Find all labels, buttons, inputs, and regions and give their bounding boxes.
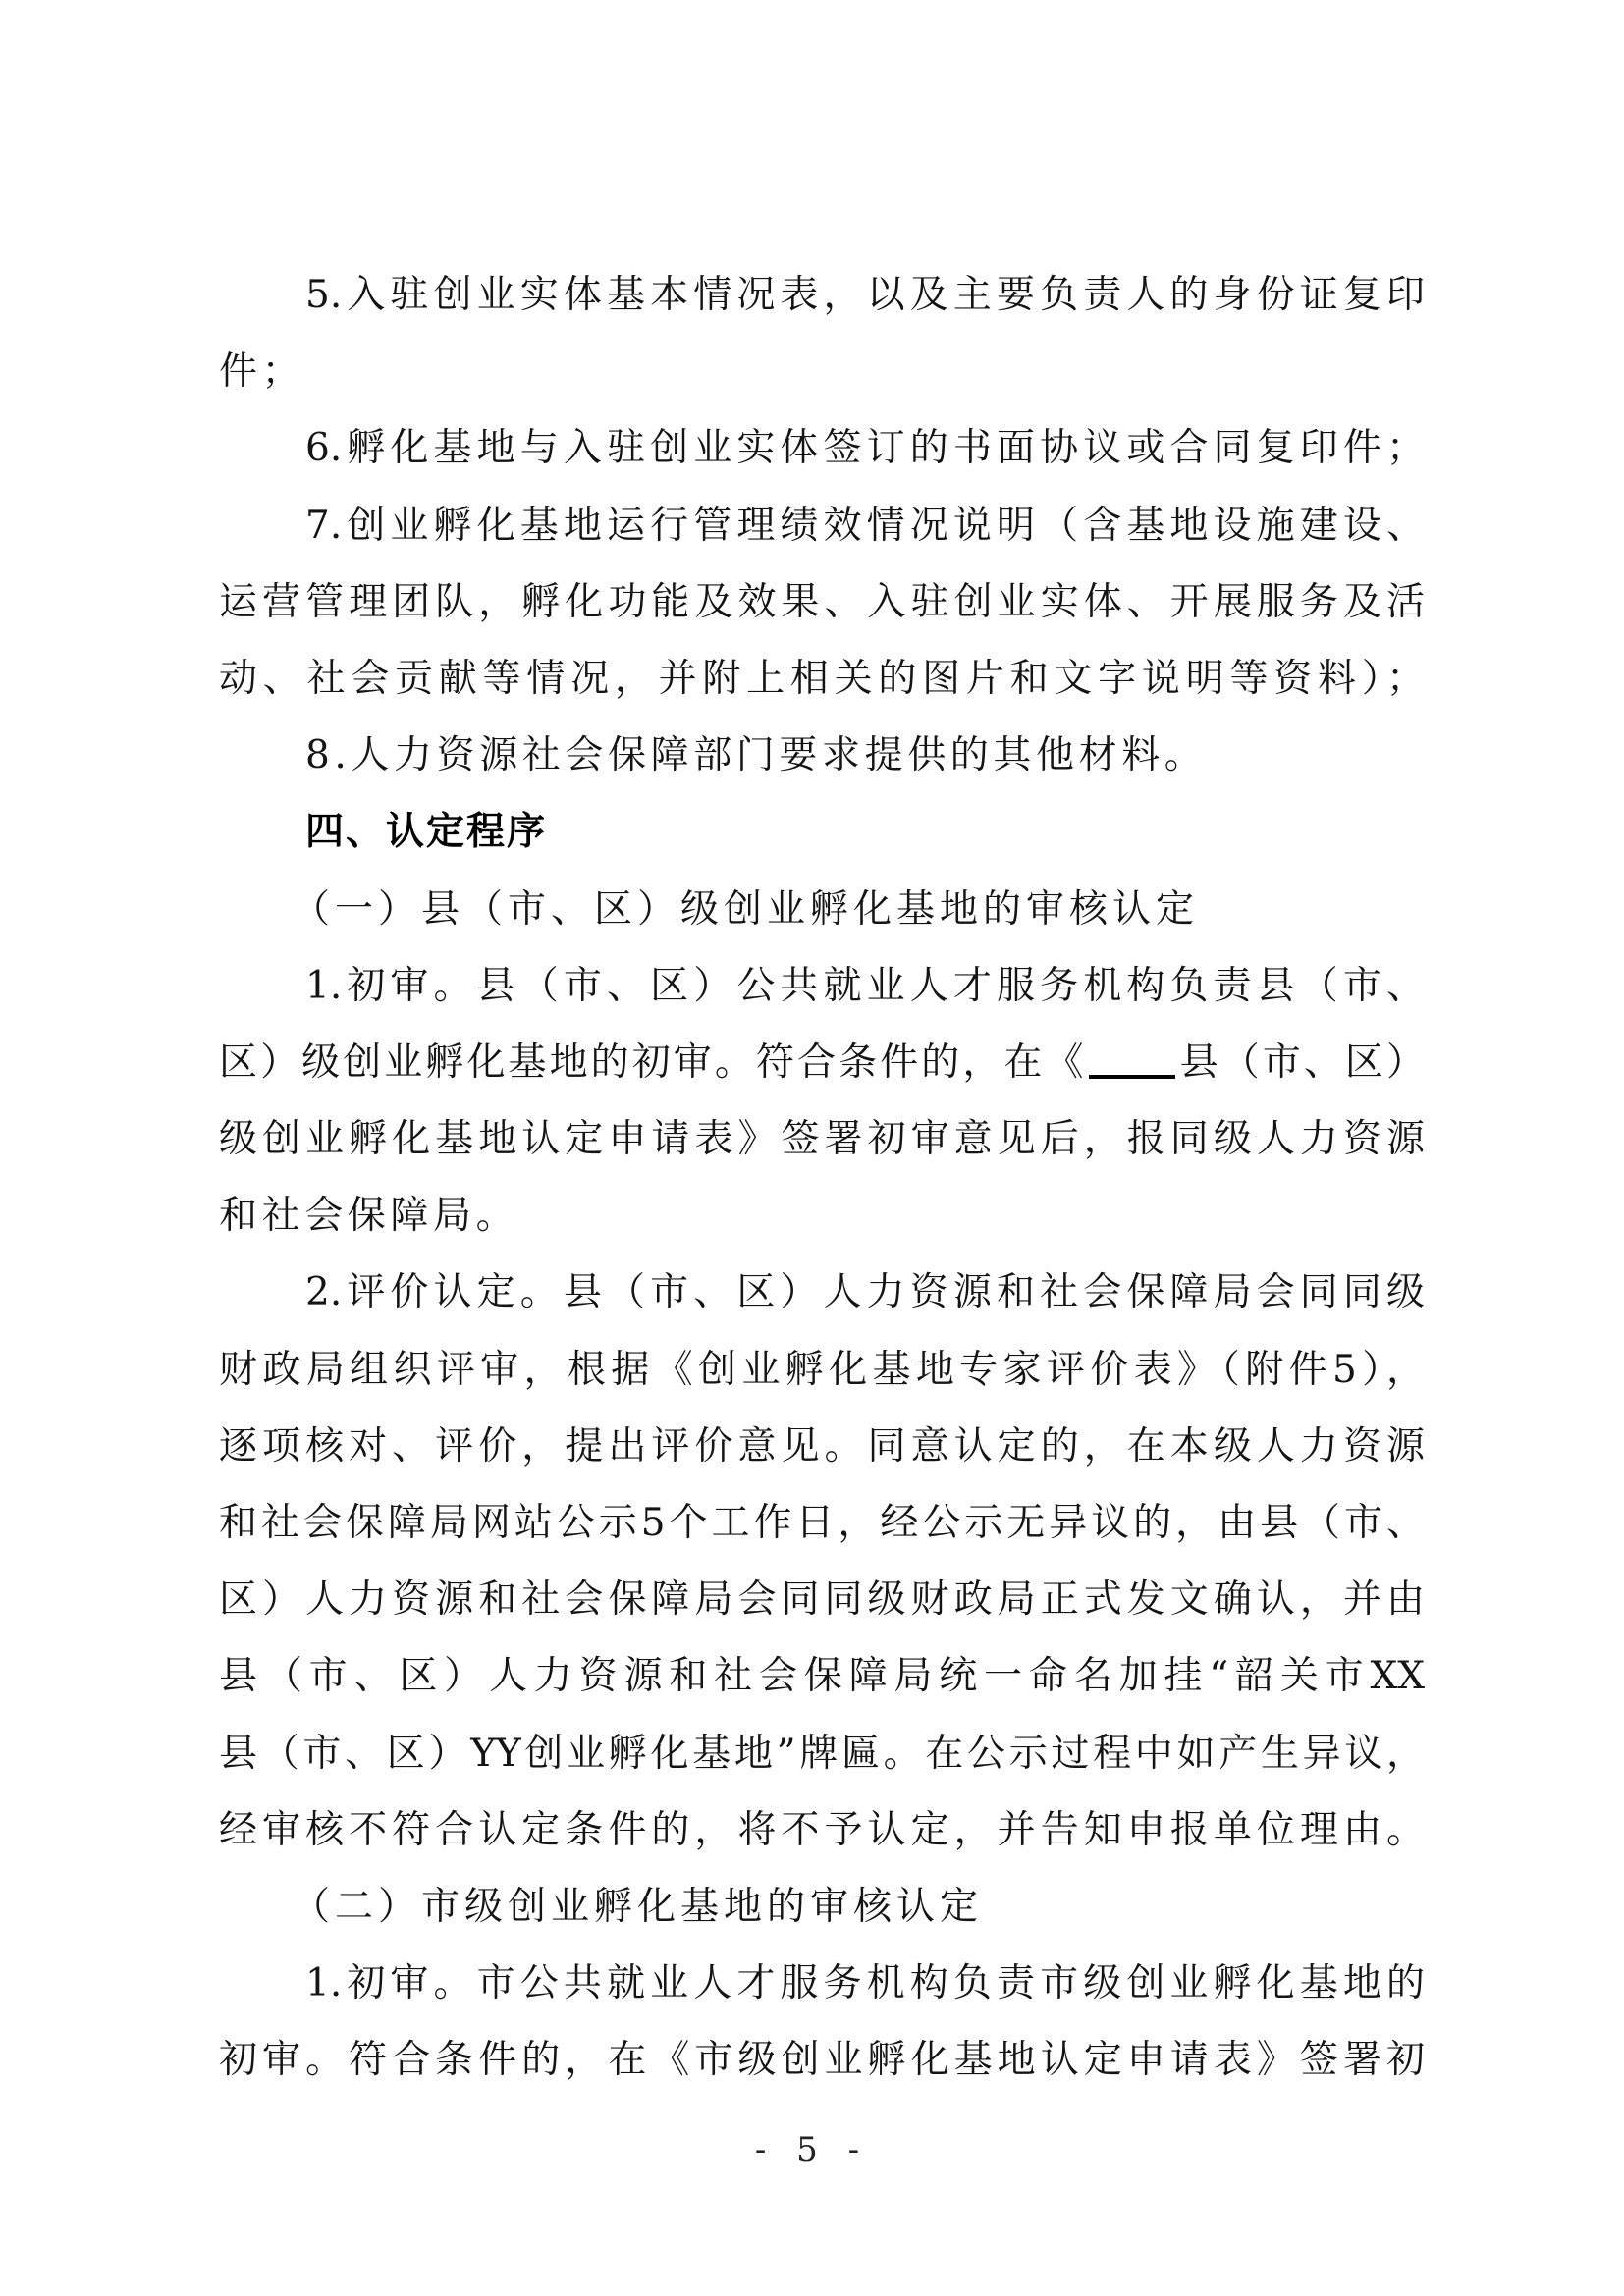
subsection-heading-city: （二）市级创业孵化基地的审核认定 [219, 1869, 1425, 1946]
paragraph-city-initial-review-continuation: 初审。符合条件的，在《市级创业孵化基地认定申请表》签署初 [219, 2022, 1425, 2099]
paragraph-evaluation-continuation: 财政局组织评审，根据《创业孵化基地专家评价表》（附件5）， [219, 1332, 1425, 1409]
paragraph-evaluation-continuation: 经审核不符合认定条件的，将不予认定，并告知申报单位理由。 [219, 1792, 1425, 1869]
list-item-8: 8.人力资源社会保障部门要求提供的其他材料。 [219, 718, 1425, 794]
paragraph-city-initial-review: 1.初审。市公共就业人才服务机构负责市级创业孵化基地的 [219, 1946, 1425, 2022]
text-segment: 县（市、区） [1177, 1041, 1425, 1085]
list-item-6: 6.孵化基地与入驻创业实体签订的书面协议或合同复印件； [219, 410, 1425, 487]
list-item-7-continuation: 动、社会贡献等情况，并附上相关的图片和文字说明等资料）； [219, 641, 1425, 718]
paragraph-initial-review-continuation: 级创业孵化基地认定申请表》签署初审意见后，报同级人力资源 [219, 1101, 1425, 1178]
document-page: 5.入驻创业实体基本情况表，以及主要负责人的身份证复印 件； 6.孵化基地与入驻… [0, 0, 1624, 2296]
paragraph-evaluation: 2.评价认定。县（市、区）人力资源和社会保障局会同同级 [219, 1255, 1425, 1331]
paragraph-initial-review-continuation: 和社会保障局。 [219, 1178, 1425, 1255]
list-item-5: 5.入驻创业实体基本情况表，以及主要负责人的身份证复印 [219, 257, 1425, 334]
paragraph-evaluation-continuation: 区）人力资源和社会保障局会同同级财政局正式发文确认，并由 [219, 1562, 1425, 1638]
list-item-7: 7.创业孵化基地运行管理绩效情况说明（含基地设施建设、 [219, 488, 1425, 564]
section-heading: 四、认定程序 [219, 794, 1425, 871]
list-item-7-continuation: 运营管理团队，孵化功能及效果、入驻创业实体、开展服务及活 [219, 564, 1425, 641]
paragraph-evaluation-continuation: 县（市、区）人力资源和社会保障局统一命名加挂“韶关市XX [219, 1638, 1425, 1715]
paragraph-initial-review: 1.初审。县（市、区）公共就业人才服务机构负责县（市、 [219, 948, 1425, 1025]
text-segment: 区）级创业孵化基地的初审。符合条件的，在《 [219, 1041, 1087, 1085]
document-body: 5.入驻创业实体基本情况表，以及主要负责人的身份证复印 件； 6.孵化基地与入驻… [219, 257, 1425, 2100]
paragraph-evaluation-continuation: 和社会保障局网站公示5个工作日，经公示无异议的，由县（市、 [219, 1485, 1425, 1562]
page-number: - 5 - [0, 2128, 1624, 2171]
fill-in-blank [1089, 1045, 1175, 1079]
list-item-5-continuation: 件； [219, 334, 1425, 410]
subsection-heading-county: （一）县（市、区）级创业孵化基地的审核认定 [219, 872, 1425, 948]
paragraph-initial-review-continuation: 区）级创业孵化基地的初审。符合条件的，在《县（市、区） [219, 1025, 1425, 1101]
paragraph-evaluation-continuation: 逐项核对、评价，提出评价意见。同意认定的，在本级人力资源 [219, 1409, 1425, 1485]
paragraph-evaluation-continuation: 县（市、区）YY创业孵化基地”牌匾。在公示过程中如产生异议， [219, 1716, 1425, 1792]
